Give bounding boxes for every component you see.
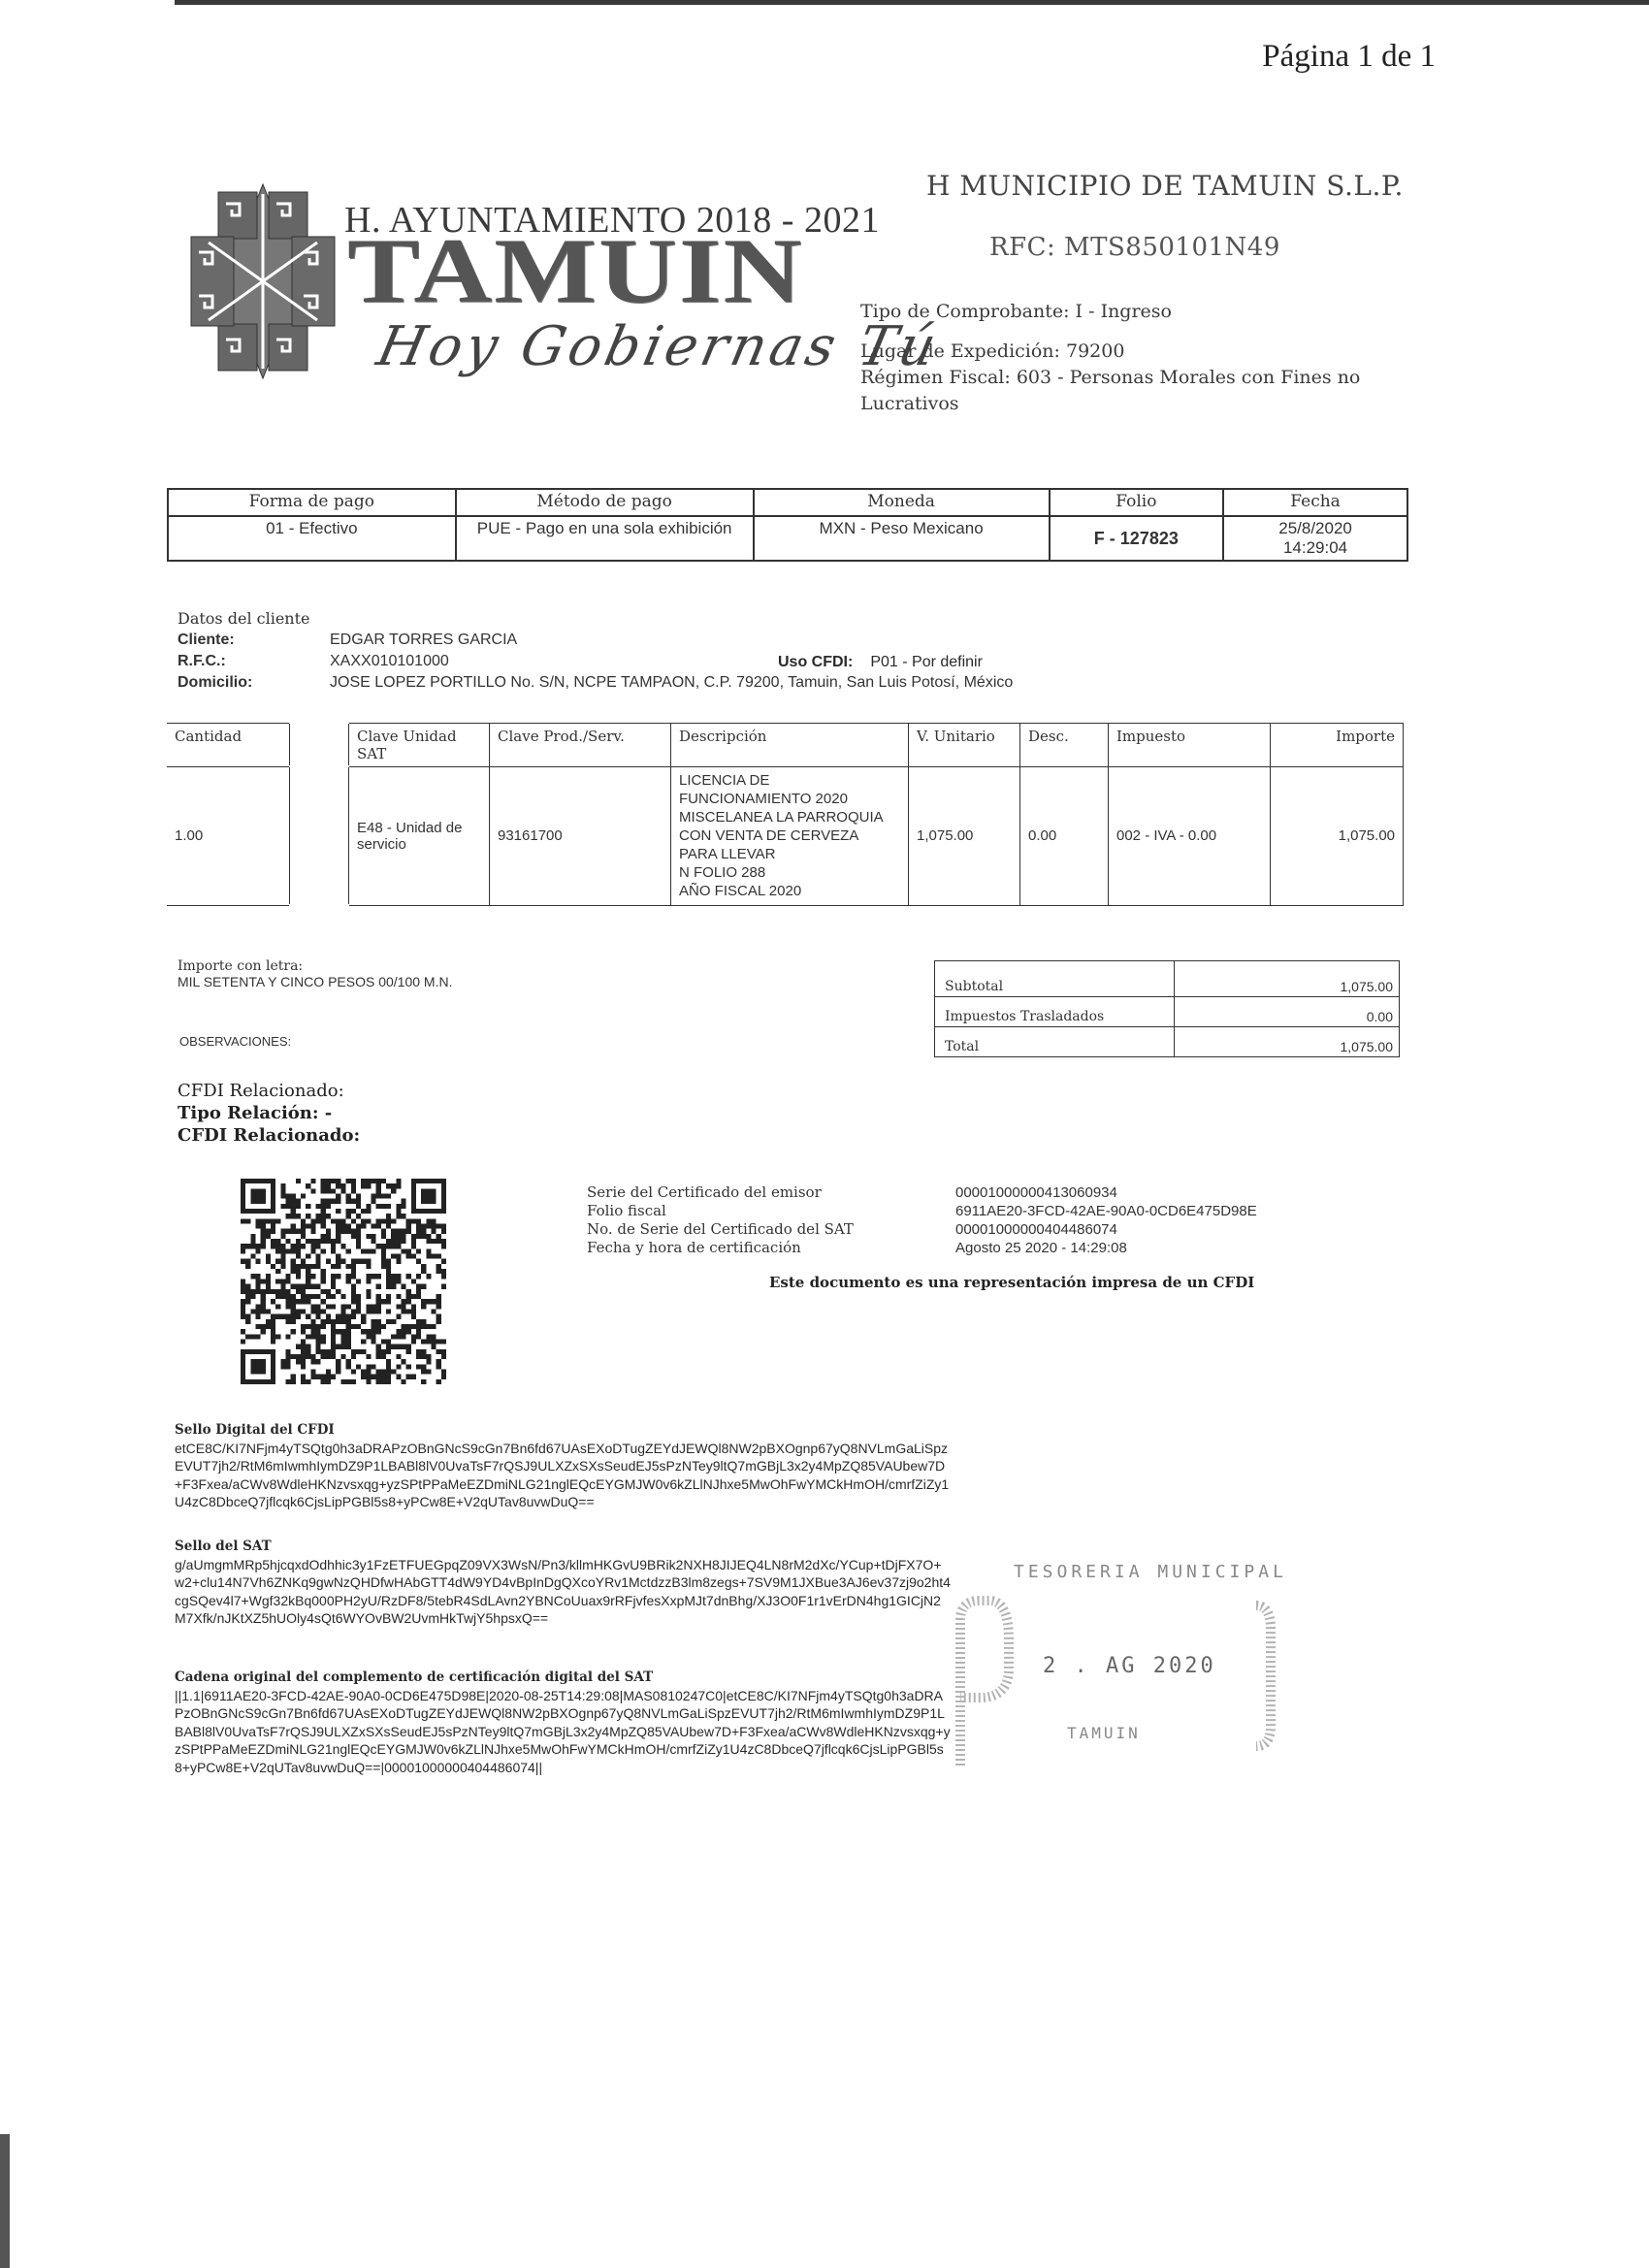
fecha-value: 25/8/2020 14:29:04	[1223, 516, 1407, 561]
concept-clave-prod: 93161700	[490, 766, 671, 905]
uso-cfdi: Uso CFDI:P01 - Por definir	[778, 654, 983, 671]
issuer-rfc: RFC: MTS850101N49	[989, 233, 1280, 262]
header-descripcion: Descripción	[671, 723, 909, 766]
certificate-values: 00001000000413060934 6911AE20-3FCD-42AE-…	[955, 1183, 1257, 1257]
issuer-name: H MUNICIPIO DE TAMUIN S.L.P.	[926, 170, 1404, 202]
scan-top-rule	[175, 0, 1649, 5]
stamp-top-text: TESORERIA MUNICIPAL	[1014, 1562, 1287, 1582]
sello-sat-value: g/aUmgmMRp5hjcqxdOdhhic3y1FzETFUEGpqZ09V…	[175, 1556, 951, 1628]
header-folio: Folio	[1050, 489, 1224, 516]
cert-label: No. de Serie del Certificado del SAT	[587, 1220, 854, 1239]
client-name-row: Cliente: EDGAR TORRES GARCIA	[178, 630, 1013, 651]
concept-descripcion: LICENCIA DE FUNCIONAMIENTO 2020 MISCELAN…	[671, 766, 909, 905]
desc-line: MISCELANEA LA PARROQUIA	[679, 808, 900, 826]
header-forma-pago: Forma de pago	[168, 489, 456, 516]
totals-table: Subtotal 1,075.00 Impuestos Trasladados …	[934, 960, 1400, 1057]
cfdi-relacionado-label-2: CFDI Relacionado:	[178, 1124, 360, 1147]
sello-sat: Sello del SAT g/aUmgmMRp5hjcqxdOdhhic3y1…	[175, 1538, 951, 1628]
payment-table: Forma de pago Método de pago Moneda Foli…	[167, 488, 1408, 562]
header-v-unitario: V. Unitario	[909, 723, 1020, 766]
client-section-title: Datos del cliente	[178, 609, 1013, 628]
page-indicator: Página 1 de 1	[1262, 39, 1436, 75]
client-section: Datos del cliente Cliente: EDGAR TORRES …	[178, 609, 1013, 694]
header-clave-prod: Clave Prod./Serv.	[490, 723, 671, 766]
observaciones-label: OBSERVACIONES:	[179, 1034, 291, 1049]
header-cantidad: Cantidad	[167, 723, 290, 766]
concept-importe: 1,075.00	[1271, 766, 1404, 905]
stamp-bottom-text: TAMUIN	[1067, 1724, 1141, 1742]
cert-label: Fecha y hora de certificación	[587, 1239, 854, 1257]
amount-in-words: Importe con letra: MIL SETENTA Y CINCO P…	[178, 958, 452, 989]
header-fecha: Fecha	[1223, 489, 1407, 516]
total-label: Total	[935, 1027, 1175, 1057]
certificate-labels: Serie del Certificado del emisor Folio f…	[587, 1183, 854, 1257]
subtotal-label: Subtotal	[935, 961, 1175, 997]
cadena-original-value: ||1.1|6911AE20-3FCD-42AE-90A0-0CD6E475D9…	[175, 1687, 951, 1777]
client-rfc-value: XAXX010101000	[330, 653, 449, 670]
fecha-date: 25/8/2020	[1228, 519, 1403, 538]
cert-label: Folio fiscal	[587, 1202, 854, 1220]
fecha-certificacion: Agosto 25 2020 - 14:29:08	[955, 1239, 1257, 1257]
concept-impuesto: 002 - IVA - 0.00	[1109, 766, 1271, 905]
impuestos-value: 0.00	[1175, 997, 1400, 1027]
cfdi-relacionado-label: CFDI Relacionado:	[178, 1080, 360, 1102]
desc-line: FUNCIONAMIENTO 2020	[679, 790, 900, 808]
fecha-time: 14:29:04	[1228, 538, 1403, 558]
header-metodo-pago: Método de pago	[456, 489, 754, 516]
total-row: Total 1,075.00	[935, 1027, 1400, 1057]
desc-line: N FOLIO 288	[679, 863, 900, 882]
subtotal-row: Subtotal 1,075.00	[935, 961, 1400, 997]
concept-desc: 0.00	[1020, 766, 1109, 905]
client-address-row: Domicilio: JOSE LOPEZ PORTILLO No. S/N, …	[178, 672, 1013, 694]
desc-line: AÑO FISCAL 2020	[679, 882, 900, 900]
tamuin-logo-star-icon	[189, 175, 337, 388]
sello-cfdi-value: etCE8C/KI7NFjm4yTSQtg0h3aDRAPzOBnGNcS9cG…	[175, 1440, 951, 1511]
column-gap	[290, 723, 349, 766]
desc-line: PARA LLEVAR	[679, 845, 900, 863]
lugar-expedicion: Lugar de Expedición: 79200	[860, 339, 1384, 365]
cert-label: Serie del Certificado del emisor	[587, 1183, 854, 1202]
cadena-original-title: Cadena original del complemento de certi…	[175, 1669, 951, 1687]
moneda-value: MXN - Peso Mexicano	[754, 516, 1050, 561]
concept-row: 1.00 E48 - Unidad de servicio 93161700 L…	[167, 766, 1404, 905]
amount-in-words-value: MIL SETENTA Y CINCO PESOS 00/100 M.N.	[178, 974, 452, 989]
concept-v-unitario: 1,075.00	[909, 766, 1020, 905]
payment-header-row: Forma de pago Método de pago Moneda Foli…	[168, 489, 1407, 516]
logo-wordmark: TAMUIN	[347, 225, 803, 317]
header-importe: Importe	[1271, 723, 1404, 766]
header-impuesto: Impuesto	[1109, 723, 1271, 766]
header-moneda: Moneda	[754, 489, 1050, 516]
uso-cfdi-value: P01 - Por definir	[870, 654, 983, 670]
folio-fiscal: 6911AE20-3FCD-42AE-90A0-0CD6E475D98E	[955, 1202, 1257, 1220]
logo-slogan: Hoy Gobiernas Tú	[372, 315, 945, 378]
sello-cfdi-title: Sello Digital del CFDI	[175, 1421, 951, 1440]
tipo-comprobante: Tipo de Comprobante: I - Ingreso	[860, 299, 1384, 325]
client-name-value: EDGAR TORRES GARCIA	[330, 632, 517, 649]
qr-code-icon	[241, 1179, 446, 1384]
impuestos-row: Impuestos Trasladados 0.00	[935, 997, 1400, 1027]
desc-line: CON VENTA DE CERVEZA	[679, 826, 900, 845]
concepts-table: Cantidad Clave Unidad SAT Clave Prod./Se…	[167, 722, 1404, 906]
uso-cfdi-label: Uso CFDI:	[778, 654, 853, 670]
concept-clave-unidad: E48 - Unidad de servicio	[349, 766, 490, 905]
related-cfdi: CFDI Relacionado: Tipo Relación: - CFDI …	[178, 1080, 360, 1147]
amount-in-words-label: Importe con letra:	[178, 958, 452, 974]
regimen-fiscal: Régimen Fiscal: 603 - Personas Morales c…	[860, 365, 1384, 417]
client-address-value: JOSE LOPEZ PORTILLO No. S/N, NCPE TAMPAO…	[330, 674, 1013, 692]
desc-line: LICENCIA DE	[679, 771, 900, 790]
metodo-pago-value: PUE - Pago en una sola exhibición	[456, 516, 754, 561]
sello-sat-title: Sello del SAT	[175, 1538, 951, 1556]
concept-cantidad: 1.00	[167, 766, 290, 905]
client-rfc-label: R.F.C.:	[178, 653, 330, 670]
serie-certificado-emisor: 00001000000413060934	[955, 1183, 1257, 1202]
impuestos-label: Impuestos Trasladados	[935, 997, 1175, 1027]
total-value: 1,075.00	[1175, 1027, 1400, 1057]
scan-edge-bar	[0, 2134, 10, 2268]
issuer-info: Tipo de Comprobante: I - Ingreso Lugar d…	[860, 299, 1384, 417]
serie-certificado-sat: 00001000000404486074	[955, 1220, 1257, 1239]
concepts-header-row: Cantidad Clave Unidad SAT Clave Prod./Se…	[167, 723, 1404, 766]
client-address-label: Domicilio:	[178, 674, 330, 692]
subtotal-value: 1,075.00	[1175, 961, 1400, 997]
sello-digital-cfdi: Sello Digital del CFDI etCE8C/KI7NFjm4yT…	[175, 1421, 951, 1511]
column-gap	[290, 766, 349, 905]
stamp-date: 2 . AG 2020	[1043, 1654, 1216, 1678]
cadena-original: Cadena original del complemento de certi…	[175, 1669, 951, 1776]
forma-pago-value: 01 - Efectivo	[168, 516, 456, 561]
header-clave-unidad: Clave Unidad SAT	[349, 723, 490, 766]
client-name-label: Cliente:	[178, 632, 330, 649]
payment-value-row: 01 - Efectivo PUE - Pago en una sola exh…	[168, 516, 1407, 561]
tipo-relacion-label: Tipo Relación: -	[178, 1102, 360, 1124]
folio-value: F - 127823	[1050, 516, 1224, 561]
cfdi-representation-note: Este documento es una representación imp…	[769, 1274, 1254, 1291]
header-desc: Desc.	[1020, 723, 1109, 766]
